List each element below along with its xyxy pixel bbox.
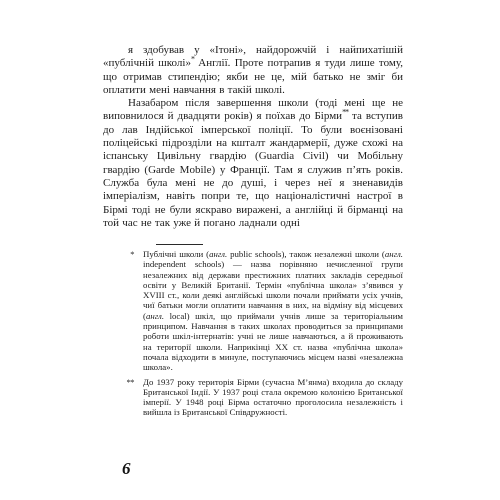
footnote: * Публічні школи (англ. public schools),…: [103, 249, 403, 373]
book-page: я здобував у «Ітоні», найдорожчій і найп…: [0, 0, 500, 500]
footnotes-block: * Публічні школи (англ. public schools),…: [103, 249, 403, 418]
footnote-separator: [156, 244, 203, 245]
footnote: ** До 1937 року територія Бірми (сучасна…: [103, 377, 403, 418]
paragraph-text: та вступив до лав Індійської імперської …: [103, 110, 403, 228]
paragraph: я здобував у «Ітоні», найдорожчій і найп…: [103, 44, 403, 97]
footnote-text: Публічні школи (англ. public schools), т…: [143, 249, 403, 373]
paragraph: Назабаром після завершення школи (тоді м…: [103, 97, 403, 230]
page-number: 6: [122, 459, 131, 479]
footnote-marker: **: [103, 377, 143, 418]
body-text: я здобував у «Ітоні», найдорожчій і найп…: [103, 44, 403, 230]
footnote-text: До 1937 року територія Бірми (сучасна М’…: [143, 377, 403, 418]
footnote-marker: *: [103, 249, 143, 373]
